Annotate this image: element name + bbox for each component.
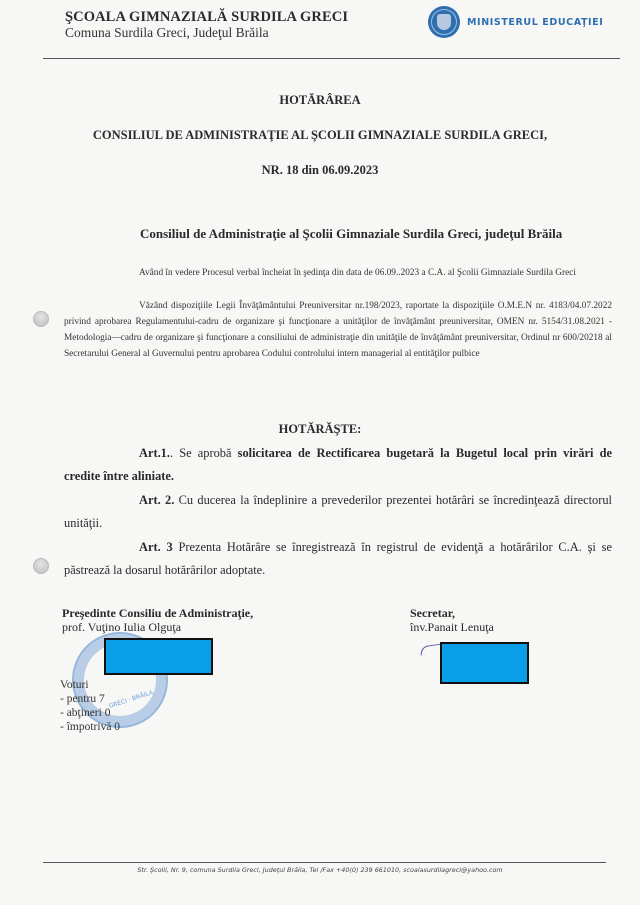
ministry-header: MINISTERUL EDUCAŢIEI <box>428 6 603 38</box>
footer-contact: Str. Şcolii, Nr. 9, comuna Surdila Greci… <box>0 866 640 874</box>
votes-block: Voturi - pentru 7 - abţineri 0 - împotri… <box>60 678 120 734</box>
school-location: Comuna Surdila Greci, Judeţul Brăila <box>65 25 269 41</box>
votes-for: - pentru 7 <box>60 692 120 706</box>
secretary-name: înv.Panait Lenuţa <box>410 620 494 634</box>
votes-heading: Voturi <box>60 678 120 692</box>
article-text: . Se aprobă <box>170 446 238 460</box>
president-signature-block: Preşedinte Consiliu de Administraţie, pr… <box>62 606 253 634</box>
footer-divider <box>43 862 606 863</box>
council-subtitle: Consiliul de Administraţie al Şcolii Gim… <box>140 226 562 242</box>
secretary-signature-block: Secretar, înv.Panait Lenuţa <box>410 606 494 634</box>
header-divider <box>43 58 620 59</box>
votes-against: - împotrivă 0 <box>60 720 120 734</box>
article-1: Art.1.. Se aprobă solicitarea de Rectifi… <box>64 442 612 488</box>
redacted-signature <box>440 642 529 684</box>
coat-of-arms-icon <box>428 6 460 38</box>
punch-hole-icon <box>33 558 49 574</box>
document-issuer: CONSILIUL DE ADMINISTRAŢIE AL ŞCOLII GIM… <box>0 128 640 143</box>
article-3: Art. 3 Prezenta Hotărâre se înregistreaz… <box>64 536 612 582</box>
preamble-paragraph: Având în vedere Procesul verbal încheiat… <box>64 265 612 281</box>
president-name: prof. Vuţino Iulia Olguţa <box>62 620 253 634</box>
school-name: ŞCOALA GIMNAZIALĂ SURDILA GRECI <box>65 9 348 26</box>
article-label: Art. 2. <box>139 493 174 507</box>
document-number-date: NR. 18 din 06.09.2023 <box>0 163 640 178</box>
article-2: Art. 2. Cu ducerea la îndeplinire a prev… <box>64 489 612 535</box>
decision-heading: HOTĂRĂŞTE: <box>0 422 640 437</box>
president-title: Preşedinte Consiliu de Administraţie, <box>62 606 253 620</box>
redacted-signature <box>104 638 213 675</box>
ministry-name: MINISTERUL EDUCAŢIEI <box>467 17 603 28</box>
article-label: Art. 3 <box>139 540 173 554</box>
punch-hole-icon <box>33 311 49 327</box>
article-label: Art.1. <box>139 446 170 460</box>
secretary-title: Secretar, <box>410 606 494 620</box>
preamble-paragraph: Văzând dispoziţiile Legii Învăţământului… <box>64 298 612 362</box>
votes-abstain: - abţineri 0 <box>60 706 120 720</box>
document-title: HOTĂRÂREA <box>0 93 640 108</box>
